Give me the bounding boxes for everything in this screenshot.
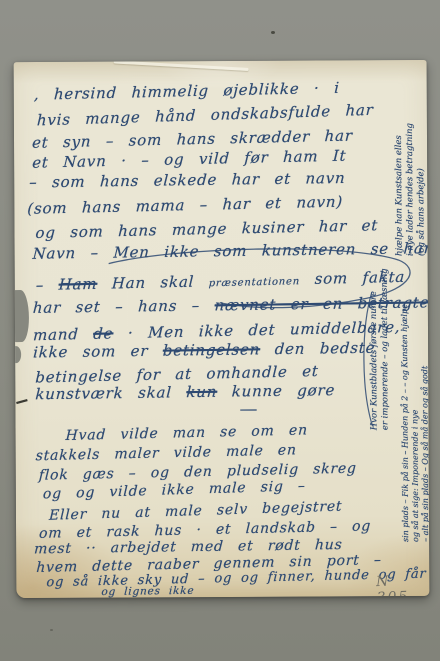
paper-tear [14, 346, 22, 363]
manuscript-line: flok gæs – og den pludselig skreg [38, 462, 357, 483]
margin-note-bottom-right-inner: Hvor Kunstbladets første numreer imponer… [369, 288, 394, 430]
dust-speck [271, 31, 275, 34]
manuscript-line: Navn – Men ikke som kunstneren se han [32, 241, 429, 262]
margin-note-line: (og så hans arbejde) [416, 94, 428, 256]
photo-background: ‚ hersind himmelig øjeblikke · ihvis man… [0, 0, 440, 661]
handwritten-text: og lignes ikke [101, 585, 195, 598]
struck-through-text: kun [186, 383, 218, 401]
handwritten-text: stakkels maler vilde male en [35, 442, 297, 464]
manuscript-line: og som hans mange kusiner har et [35, 218, 378, 241]
struck-through-text: betingelsen [162, 340, 260, 359]
handwritten-text: – [35, 276, 59, 295]
handwritten-text: præsentationen [208, 276, 300, 289]
handwritten-text: ‚ hersind himmelig øjeblikke · i [33, 79, 340, 104]
struck-through-text: Ham [58, 275, 97, 294]
manuscript-line: ikke som er betingelsen den bedste [33, 341, 376, 361]
margin-note-line: i nye lader hendes betragtning [405, 94, 417, 256]
manuscript-page: ‚ hersind himmelig øjeblikke · ihvis man… [14, 60, 430, 598]
manuscript-line: (som hans mama – har et navn) [27, 195, 343, 217]
paper-crease [114, 60, 249, 71]
handwritten-text: den bedste [260, 339, 376, 359]
handwritten-text-block: ‚ hersind himmelig øjeblikke · ihvis man… [14, 60, 427, 62]
manuscript-line: og lignes ikke [101, 586, 195, 598]
catalog-number-pencil: N 305 [376, 572, 430, 598]
handwritten-text: mand [33, 325, 94, 344]
handwritten-text: – som hans elskede har et navn [29, 169, 346, 191]
handwritten-text: ikke som er [33, 342, 164, 362]
margin-note-line: Hvor Kunstbladets første numre [369, 288, 381, 430]
section-separator-dash: — [239, 399, 259, 420]
manuscript-line: stakkels maler vilde male en [35, 443, 297, 463]
manuscript-line: – Ham Han skal præsentationen som fakta [35, 270, 405, 293]
manuscript-line: kunstværk skal kun kunne gøre [35, 383, 336, 402]
margin-note-top-right: hjælpe han Kunstsalen ellesi nye lader h… [394, 94, 429, 256]
handwritten-text: flok gæs – og den pludselig skreg [38, 461, 357, 484]
handwritten-text: Han skal [97, 272, 209, 293]
manuscript-line: Hvad vilde man se om en [65, 423, 308, 443]
handwritten-text: kunne gøre [217, 381, 336, 401]
edge-ink-tick [16, 400, 27, 403]
manuscript-line: ‚ hersind himmelig øjeblikke · i [33, 81, 340, 103]
struck-through-text: de [93, 324, 114, 342]
struck-through-text: nævnet er en betragtet [214, 293, 429, 314]
handwritten-text: hvis mange hånd ondskabsfulde har [37, 101, 374, 130]
margin-note-line: – alt på sin plads – Og så må der og så … [420, 290, 430, 542]
handwritten-text: Navn – Men ikke som kunstneren se han [32, 239, 429, 263]
margin-note-line: er imponerende – og ladet til læsning [380, 288, 392, 430]
handwritten-text: har set – hans – [32, 296, 215, 317]
manuscript-line: – som hans elskede har et navn [29, 171, 346, 190]
paper-tear [14, 290, 29, 342]
handwritten-text: kunstværk skal [35, 383, 187, 403]
margin-note-line: hjælpe han Kunstsalen elles [394, 94, 406, 256]
margin-note-line: sin plads – Fik på sin – Hunden på 2 – –… [400, 290, 411, 542]
handwritten-text: (som hans mama – har et navn) [27, 193, 343, 218]
manuscript-line: et Navn · – og vild før ham It [32, 149, 347, 171]
dust-speck [50, 629, 53, 631]
margin-note-bottom-right-outer: sin plads – Fik på sin – Hunden på 2 – –… [400, 290, 430, 542]
handwritten-text: Hvad vilde man se om en [65, 422, 308, 444]
handwritten-text: og som hans mange kusiner har et [35, 216, 378, 242]
manuscript-line: hvis mange hånd ondskabsfulde har [37, 103, 374, 129]
